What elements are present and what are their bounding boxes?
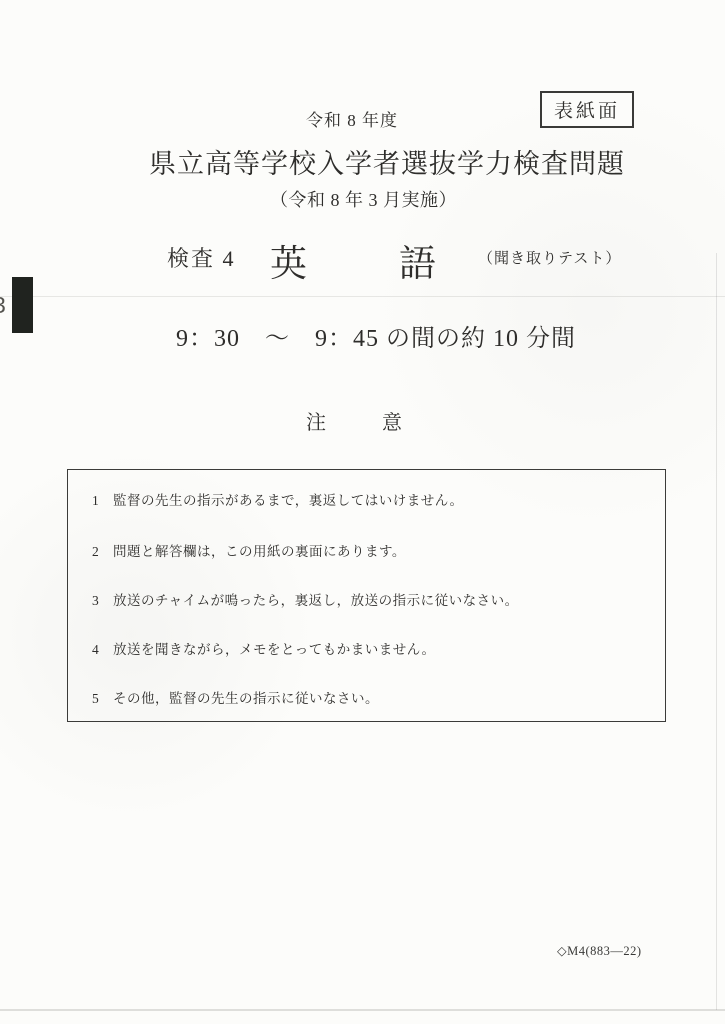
fiscal-year-line: 令和 8 年度 xyxy=(306,106,398,131)
listening-test-note: （聞き取りテスト） xyxy=(478,247,621,268)
notice-instructions-box: 1 監督の先生の指示があるまで，裏返してはいけません。 2 問題と解答欄は，この… xyxy=(67,469,666,722)
cover-side-label-box: 表紙面 xyxy=(540,91,634,128)
subject-character-first: 英 xyxy=(270,233,307,287)
scan-artifact-line-bottom xyxy=(0,1009,725,1011)
notice-heading-char-first: 注 xyxy=(306,406,326,435)
notice-item-number: 5 xyxy=(92,690,99,708)
notice-item-text: 監督の先生の指示があるまで，裏返してはいけません。 xyxy=(113,492,464,510)
notice-heading-char-second: 意 xyxy=(382,406,402,435)
exam-title: 県立高等学校入学者選抜学力検査問題 xyxy=(149,142,625,181)
page-edge-black-tab xyxy=(12,277,33,333)
notice-item-number: 4 xyxy=(92,641,99,659)
notice-item-text: その他，監督の先生の指示に従いなさい。 xyxy=(113,690,379,708)
scan-artifact-line-middle xyxy=(0,296,725,297)
notice-heading: 注 意 xyxy=(306,406,402,435)
notice-item-number: 1 xyxy=(92,492,99,510)
scan-artifact-line-right xyxy=(716,253,717,1010)
notice-item-text: 放送のチャイムが鳴ったら，裏返し，放送の指示に従いなさい。 xyxy=(113,592,519,610)
notice-item-number: 2 xyxy=(92,543,99,561)
exam-time-line: 9：30 ～ 9：45 の間の約 10 分間 xyxy=(176,318,576,353)
page-edge-tab-character: 3 xyxy=(0,292,6,319)
document-code: ◇M4(883—22) xyxy=(557,943,642,959)
exam-date-subtitle: （令和 8 年 3 月実施） xyxy=(270,186,457,212)
notice-item-text: 問題と解答欄は，この用紙の裏面にあります。 xyxy=(113,543,406,561)
exam-number-label: 検査 4 xyxy=(167,242,236,273)
exam-cover-page: { "page": { "corner_label": "表紙面", "year… xyxy=(0,0,725,1024)
notice-item-text: 放送を聞きながら，メモをとってもかまいません。 xyxy=(113,641,436,659)
cover-side-label: 表紙面 xyxy=(554,96,620,123)
subject-character-second: 語 xyxy=(399,233,436,287)
notice-item-number: 3 xyxy=(92,592,99,610)
